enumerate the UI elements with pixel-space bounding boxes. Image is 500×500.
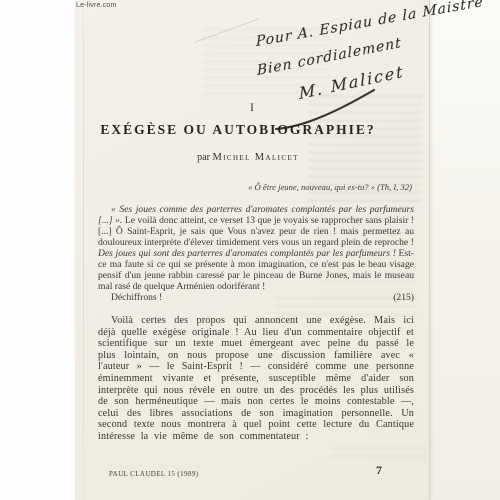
- quoted-verse-repeat: Des joues qui sont des parterres d'aroma…: [98, 248, 399, 259]
- scanner-background: [429, 0, 500, 500]
- signature-flourish-stroke: [270, 85, 385, 133]
- journal-footer: PAUL CLAUDEL 15 (1989): [109, 470, 199, 478]
- byline-prefix: par: [197, 152, 212, 163]
- page-crease: [83, 0, 84, 500]
- author-name: Michel Malicet: [212, 152, 298, 163]
- epigraph-quote: « Ô être jeune, nouveau, qui es-tu? » (T…: [248, 182, 412, 192]
- seller-watermark: Le-livre.com: [76, 2, 117, 9]
- bleedthrough-ghost-text: [331, 447, 427, 462]
- paragraph-2: Voilà certes des propos qui annoncent un…: [98, 315, 414, 443]
- paragraph-1: « Ses joues comme des parterres d'aromat…: [98, 204, 414, 292]
- page-number: 7: [376, 463, 382, 478]
- dechiffrons-text: Déchiffrons !: [111, 292, 162, 303]
- dechiffrons-line: Déchiffrons ! (215): [98, 292, 414, 303]
- body-text-column: « Ses joues comme des parterres d'aromat…: [98, 204, 414, 443]
- commentary-text: Le voilà donc atteint, ce verset 13 que …: [98, 215, 414, 248]
- citation-page-ref: (215): [393, 292, 414, 303]
- byline: par Michel Malicet: [71, 152, 425, 163]
